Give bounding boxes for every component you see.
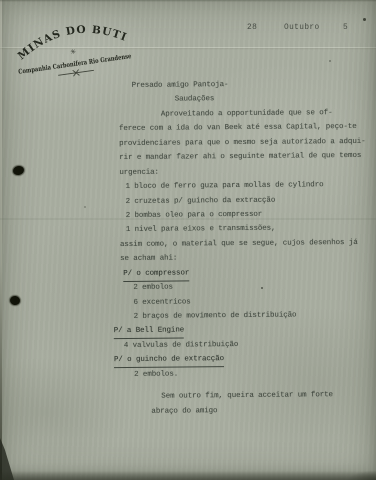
date-month: Outubro [284, 24, 320, 32]
list-item: 2 embolos. [134, 366, 365, 382]
date-right-number: 5 [343, 24, 348, 32]
closing-line: abraço do amigo [151, 403, 365, 419]
letterhead-graphic: MINAS DO BUTIÁ ✳ Companhia Carbonifera R… [2, 0, 145, 89]
star-ornament-icon: ✳ [70, 47, 77, 58]
letter-line: rir e mandar fazer ahi o seguinte materi… [119, 149, 363, 166]
date-day: 28 [247, 24, 257, 32]
section-heading-text: P/ a Bell Engine [114, 326, 185, 340]
greeting-line: Saudações [175, 91, 363, 107]
scanned-letter-page: MINAS DO BUTIÁ ✳ Companhia Carbonifera R… [0, 0, 376, 480]
hole-punch [9, 295, 20, 305]
paper-corner-shadow [336, 466, 376, 480]
letter-line: assim como, o material que se segue, cuj… [120, 236, 364, 253]
ink-speck [84, 206, 86, 208]
paper-corner-shadow [0, 438, 14, 480]
section-heading-text: P/ o guincho de extracção [114, 354, 224, 368]
hole-punch [12, 165, 25, 176]
letterhead: MINAS DO BUTIÁ ✳ Companhia Carbonifera R… [2, 0, 145, 89]
letter-body: Presado amigo Pantoja- Saudações Aprovei… [111, 77, 366, 419]
paper-edge-left [0, 0, 2, 480]
ink-speck [329, 60, 331, 62]
section-heading-text: P/ o compressor [123, 268, 189, 282]
paper-edge-bottom [0, 471, 376, 480]
dateline: 28 Outubro 5 [0, 24, 376, 36]
paper-edge-top [0, 0, 376, 2]
ink-speck [363, 18, 366, 21]
